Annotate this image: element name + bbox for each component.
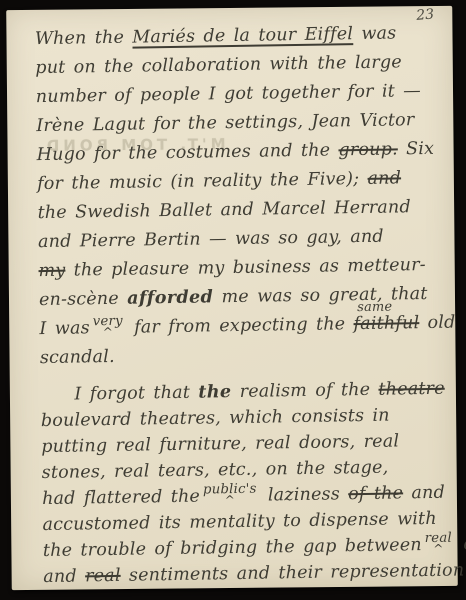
struck-text: and — [367, 168, 401, 189]
handwriting-segment: afforded — [127, 287, 213, 308]
handwriting-segment: the pleasure my business as metteur- — [65, 255, 426, 281]
struck-text: faithfulsame — [353, 313, 419, 334]
handwriting-segment: objects — [455, 533, 466, 554]
handwriting-segment: putting real furniture, real doors, real — [41, 431, 399, 457]
handwriting-segment: realism of the — [231, 380, 378, 402]
handwriting-segment: put on the collaboration with the large — [35, 52, 402, 78]
manuscript-paragraph: When the Mariés de la tour Eiffel wasput… — [35, 19, 442, 373]
struck-text: theatre — [378, 379, 445, 400]
handwriting-segment: was — [353, 23, 397, 44]
struck-text: my — [38, 261, 65, 281]
manuscript-line: scandal. — [40, 338, 442, 373]
handwriting-segment: accustomed its mentality to dispense wit… — [42, 509, 437, 535]
handwriting-segment: the — [198, 382, 231, 403]
handwriting-segment: number of people I got together for it — — [36, 81, 421, 107]
handwriting-segment: Six — [398, 139, 435, 160]
handwriting-segment: me was so great, that — [213, 284, 428, 307]
manuscript-paragraph: I forgot that the realism of the theatre… — [40, 376, 445, 590]
handwritten-text: When the Mariés de la tour Eiffel wasput… — [35, 19, 446, 585]
handwriting-segment: scandal. — [40, 347, 115, 368]
handwriting-segment: had flattered the — [42, 487, 200, 509]
handwriting-segment: boulevard theatres, which consists in — [41, 406, 390, 431]
handwriting-segment: far from expecting the — [126, 314, 354, 338]
photo-background: 23 M'T. TOM BOND When the Mariés de la t… — [0, 0, 466, 600]
handwriting-segment: and Pierre Bertin — was so gay, and — [38, 227, 384, 252]
handwriting-segment: the Swedish Ballet and Marcel Herrand — [37, 197, 411, 223]
handwriting-segment: laziness — [260, 484, 349, 505]
struck-text: real — [85, 566, 121, 587]
handwriting-segment: stones, real tears, etc., on the stage, — [42, 458, 389, 483]
underlined-title: Mariés de la tour Eiffel — [132, 24, 353, 47]
handwriting-segment: for the music (in reality the Five); — [37, 169, 368, 194]
inserted-text: public's — [200, 482, 260, 496]
handwriting-segment: I was — [39, 318, 90, 339]
handwriting-segment: and — [403, 483, 445, 504]
handwriting-segment: I forgot that — [74, 383, 198, 405]
manuscript-page: 23 M'T. TOM BOND When the Mariés de la t… — [6, 6, 458, 590]
handwriting-segment: and — [43, 566, 85, 587]
struck-text: group. — [338, 139, 398, 160]
handwriting-segment: Irène Lagut for the settings, Jean Victo… — [36, 110, 414, 136]
handwriting-segment: the trouble of bridging the gap between — [43, 535, 422, 561]
inserted-text: real — [422, 531, 455, 545]
struck-text: of the — [348, 483, 403, 504]
handwriting-segment: old — [419, 313, 456, 334]
handwriting-segment: When the — [35, 28, 133, 50]
inserted-text: very — [90, 314, 126, 328]
inserted-text: same — [357, 302, 392, 316]
handwriting-segment: sentiments and their representation. — [121, 560, 466, 585]
manuscript-line: and real sentiments and their representa… — [43, 558, 445, 590]
handwriting-segment: en-scène — [39, 289, 127, 310]
handwriting-segment: Hugo for the costumes and the — [37, 140, 339, 165]
